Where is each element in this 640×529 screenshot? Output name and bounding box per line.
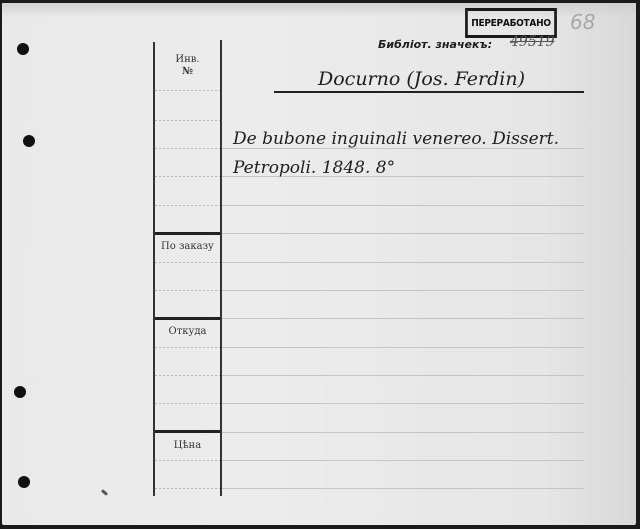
title-line-1: De bubone inguinali venereo. Dissert. xyxy=(233,129,559,149)
rule-line xyxy=(222,205,584,206)
rule-line xyxy=(155,460,220,461)
rule-line xyxy=(155,176,220,177)
price-label: Цѣна xyxy=(155,440,220,451)
column-right-border xyxy=(220,40,222,496)
punch-hole xyxy=(23,135,35,147)
shelfmark-value: 49519 xyxy=(510,34,555,50)
number-sign-label: № xyxy=(155,66,220,77)
inv-label: Инв. xyxy=(155,54,220,65)
rule-line xyxy=(155,262,220,263)
rule-line xyxy=(222,403,584,404)
shelfmark-label: Библiот. значекъ: xyxy=(378,38,492,51)
rule-line xyxy=(222,488,584,489)
rule-line xyxy=(222,233,584,234)
rule-line xyxy=(155,375,220,376)
rule-line xyxy=(155,205,220,206)
rule-line xyxy=(155,90,220,91)
rule-line xyxy=(222,347,584,348)
section-divider xyxy=(155,430,220,433)
column-left-border xyxy=(153,42,155,496)
order-label: По заказу xyxy=(155,241,220,252)
source-label: Откуда xyxy=(155,326,220,337)
pencil-number: 68 xyxy=(570,10,595,34)
rule-line xyxy=(222,460,584,461)
rule-line xyxy=(155,403,220,404)
punch-hole xyxy=(14,386,26,398)
heading-underline xyxy=(274,91,584,93)
rule-line xyxy=(222,290,584,291)
rule-line xyxy=(155,120,220,121)
rule-line xyxy=(155,290,220,291)
section-divider xyxy=(155,232,220,235)
rule-line xyxy=(222,318,584,319)
punch-hole xyxy=(17,43,29,55)
rule-line xyxy=(155,148,220,149)
punch-hole xyxy=(18,476,30,488)
rule-line xyxy=(155,488,220,489)
rule-line xyxy=(222,262,584,263)
section-divider xyxy=(155,317,220,320)
author-heading: Docurno (Jos. Ferdin) xyxy=(318,68,525,90)
rule-line xyxy=(155,347,220,348)
rule-line xyxy=(222,432,584,433)
rule-line xyxy=(222,375,584,376)
title-line-2: Petropoli. 1848. 8° xyxy=(233,158,395,178)
